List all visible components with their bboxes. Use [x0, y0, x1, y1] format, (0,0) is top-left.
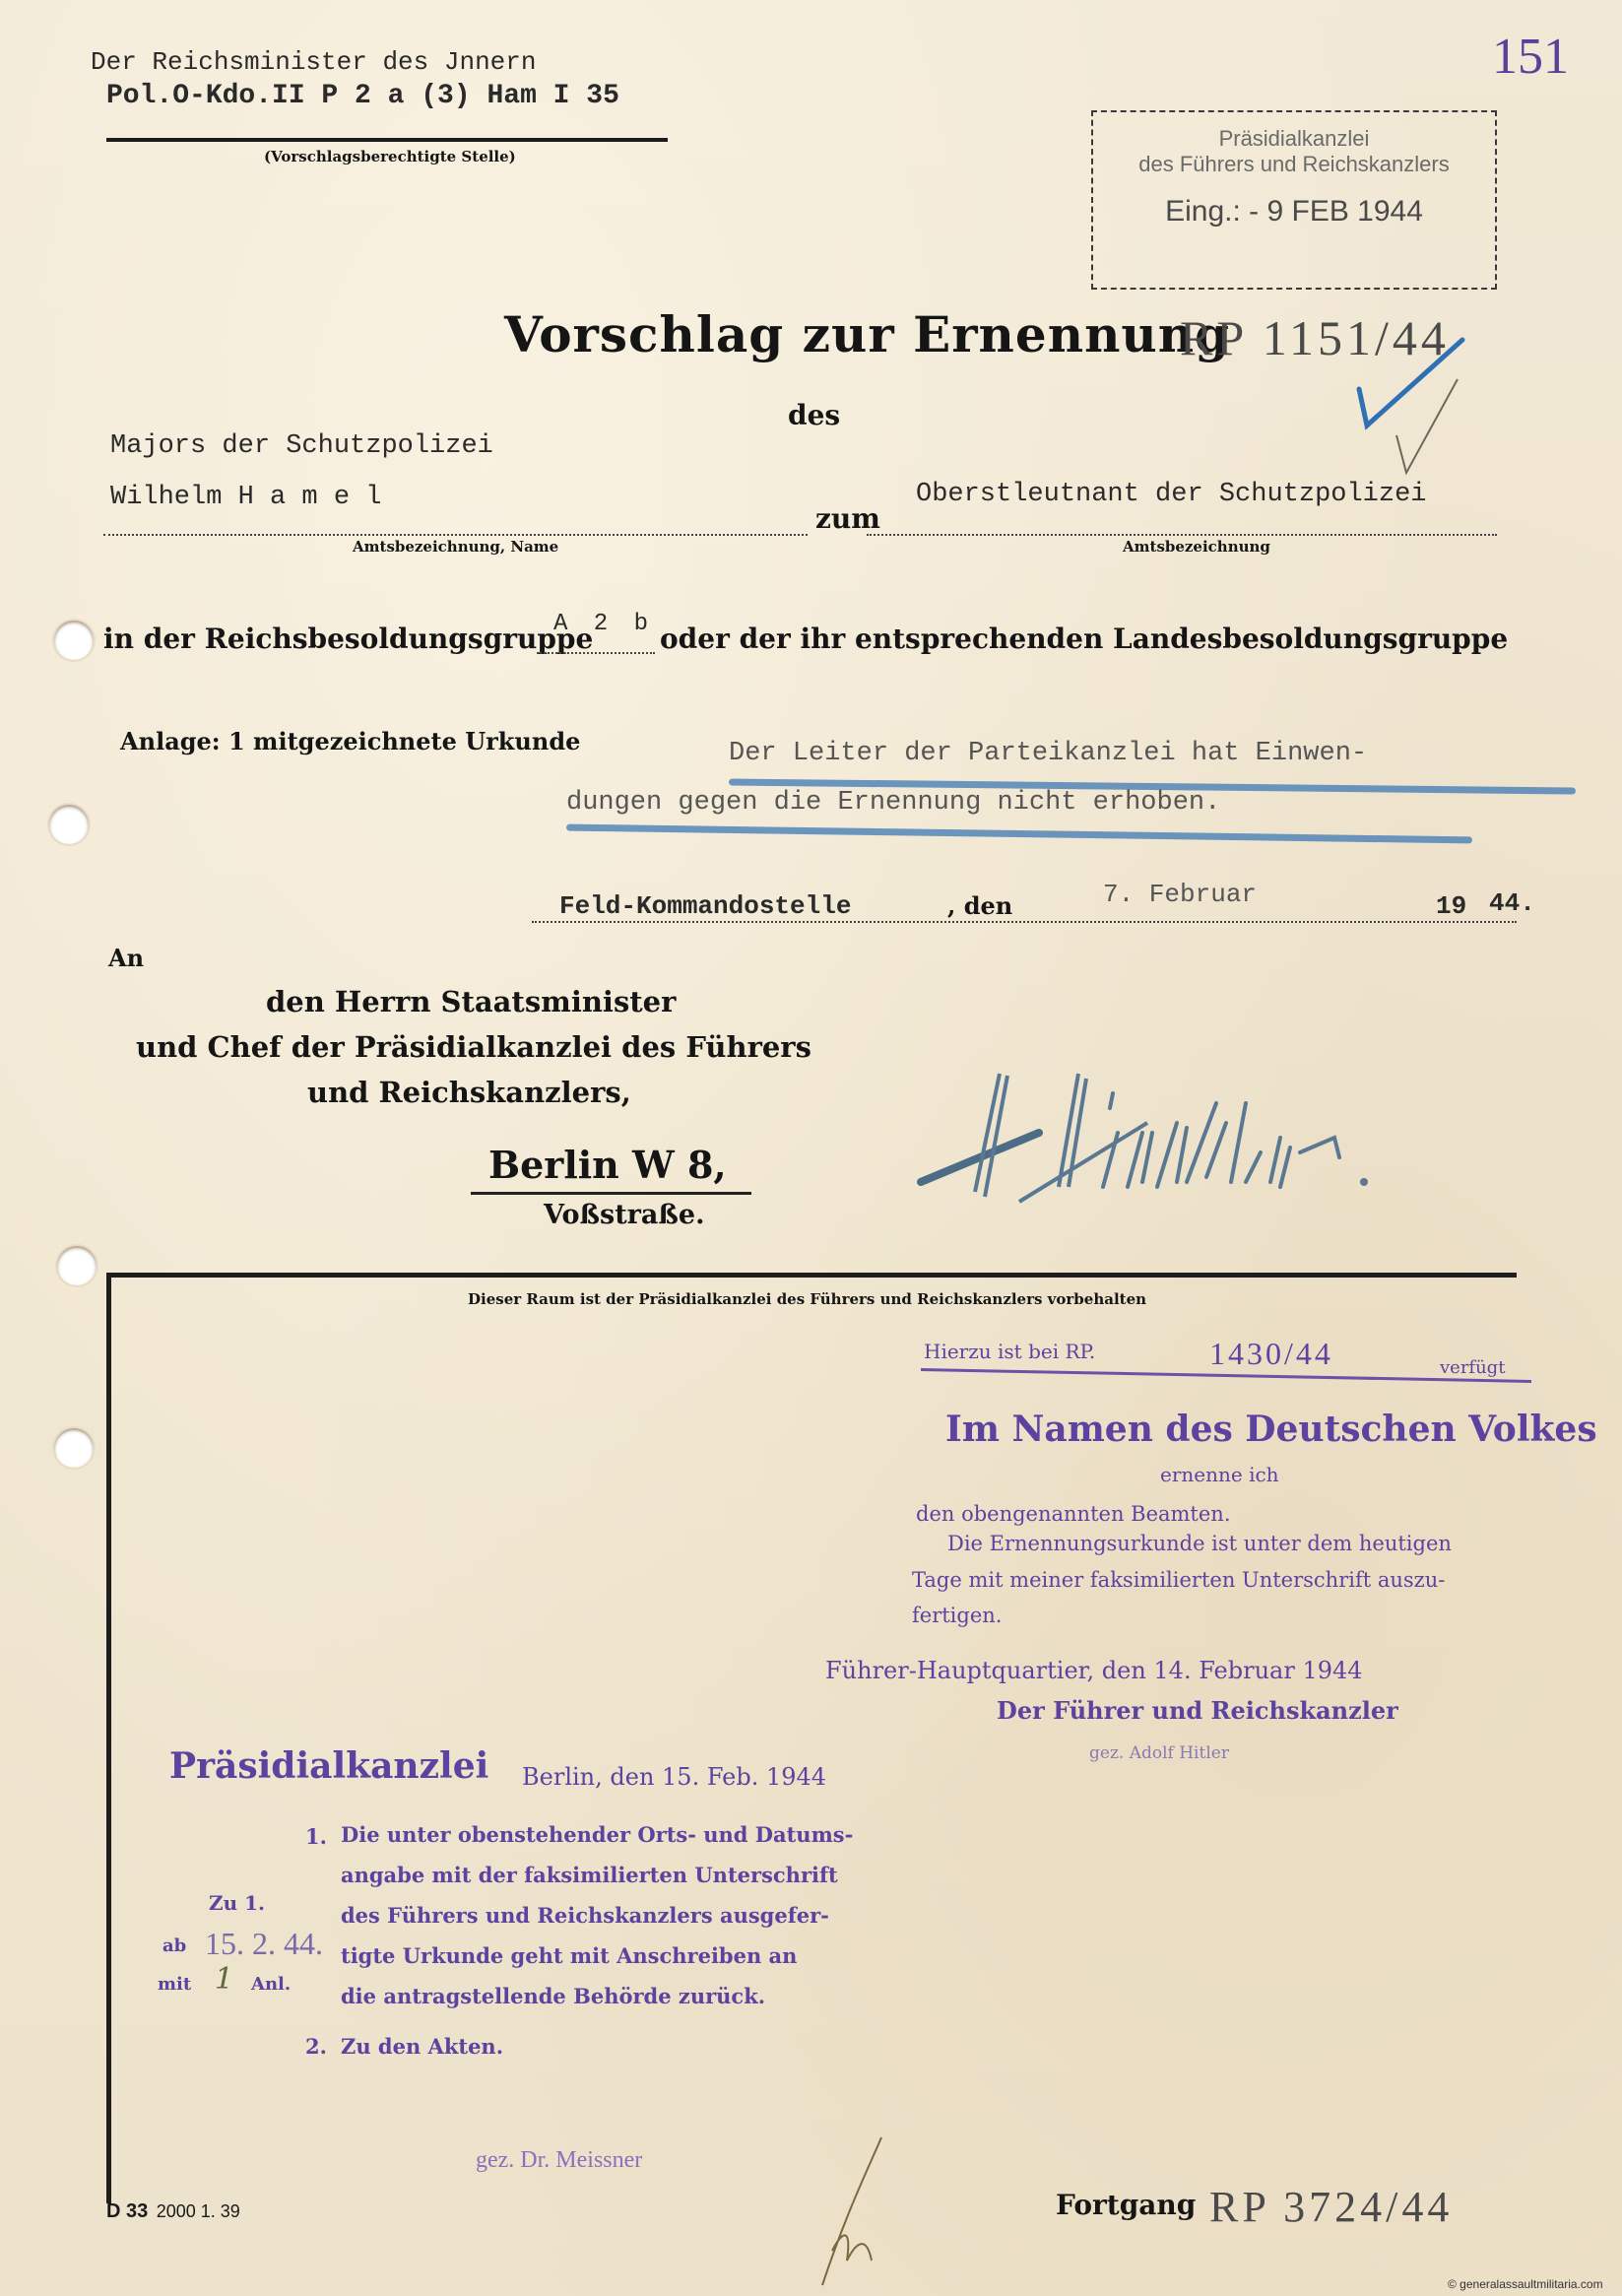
watermark: © generalassaultmilitaria.com: [1448, 2277, 1603, 2291]
label-name: Amtsbezeichnung, Name: [353, 538, 558, 556]
dispatch-ab-date: 15. 2. 44.: [205, 1926, 323, 1962]
sender-line1: Der Reichsminister des Jnnern: [91, 47, 536, 77]
officer-name: Wilhelm H a m e l: [110, 483, 381, 512]
instruction-item-2: 2. Zu den Akten.: [305, 2034, 876, 2059]
addressee-line2: und Chef der Präsidialkanzlei des Führer…: [136, 1030, 811, 1064]
addressee-city: Berlin W 8,: [488, 1143, 727, 1187]
signature-himmler: [891, 1064, 1502, 1225]
receipt-stamp: Präsidialkanzlei des Führers und Reichsk…: [1091, 110, 1497, 290]
an-label: An: [108, 944, 144, 972]
appointment-line3: Die Ernennungsurkunde ist unter dem heut…: [947, 1532, 1452, 1555]
zum-label: zum: [815, 502, 880, 535]
pay-group-prefix: in der Reichsbesoldungsgruppe: [103, 623, 593, 655]
instruction-line: angabe mit der faksimilierten Unterschri…: [341, 1855, 853, 1895]
instruction-line: die antragstellende Behörde zurück.: [341, 1976, 853, 2016]
office-name: Präsidialkanzlei: [169, 1745, 488, 1787]
signed-by: gez. Dr. Meissner: [476, 2147, 642, 2174]
instruction-line: Die unter obenstehender Orts- und Datums…: [341, 1814, 853, 1855]
dispatch-anl: Anl.: [251, 1974, 291, 1995]
pencil-check-icon: [1389, 374, 1467, 483]
year-prefix: 19: [1436, 891, 1466, 921]
new-rank: Oberstleutnant der Schutzpolizei: [916, 480, 1426, 509]
addressee-street: Voßstraße.: [544, 1200, 704, 1230]
ref-line-prefix: Hierzu ist bei RP.: [924, 1340, 1095, 1363]
rank-dotted-line: [867, 534, 1497, 536]
pay-group-dotted-line: [537, 652, 655, 654]
place: Feld-Kommandostelle: [559, 891, 851, 921]
receipt-stamp-line2: des Führers und Reichskanzlers: [1093, 152, 1495, 177]
sender-rule: [106, 138, 668, 142]
instruction-item-1: 1. Die unter obenstehender Orts- und Dat…: [305, 1824, 876, 2016]
pay-group-value: A 2 b: [553, 611, 654, 637]
den-label: , den: [947, 891, 1012, 920]
appointment-signer-name: gez. Adolf Hitler: [1089, 1743, 1229, 1763]
appointment-line1: ernenne ich: [1160, 1463, 1279, 1486]
punch-hole: [54, 1428, 94, 1468]
appointment-heading: Im Namen des Deutschen Volkes: [945, 1409, 1597, 1450]
appointment-line2: den obengenannten Beamten.: [916, 1502, 1231, 1526]
instruction-line: des Führers und Reichskanzlers ausgefer-: [341, 1895, 853, 1935]
ref-line-number: 1430/44: [1209, 1336, 1333, 1372]
receipt-stamp-date: Eing.: - 9 FEB 1944: [1093, 195, 1495, 229]
chancellery-header: Dieser Raum ist der Präsidialkanzlei des…: [468, 1290, 1146, 1308]
receipt-stamp-line1: Präsidialkanzlei: [1093, 126, 1495, 152]
addressee-line1: den Herrn Staatsminister: [266, 985, 676, 1018]
dispatch-mit-label: mit: [158, 1974, 191, 1995]
form-print-info: 2000 1. 39: [157, 2201, 240, 2221]
appointment-line5: fertigen.: [912, 1604, 1002, 1627]
chancellery-frame-top: [108, 1273, 1517, 1278]
punch-hole: [49, 805, 89, 844]
chancellery-frame-left: [106, 1273, 111, 2203]
party-note-line1: Der Leiter der Parteikanzlei hat Einwen-: [729, 739, 1367, 768]
punch-hole: [54, 621, 94, 660]
city-rule: [471, 1192, 751, 1195]
addressee-line3: und Reichskanzlers,: [307, 1076, 631, 1109]
instruction-line: Zu den Akten.: [341, 2034, 503, 2059]
page-title: Vorschlag zur Ernennung: [504, 305, 1230, 363]
form-code-label: D 33: [106, 2200, 148, 2222]
ref-line-suffix: verfügt: [1440, 1357, 1505, 1378]
party-note-line2: dungen gegen die Ernennung nicht erhoben…: [566, 788, 1220, 818]
label-rank: Amtsbezeichnung: [1123, 538, 1270, 556]
date-dotted-line: [532, 921, 1517, 923]
blue-underline: [566, 824, 1472, 844]
outgoing-label: Fortgang: [1056, 2189, 1196, 2221]
page-number: 151: [1492, 28, 1569, 86]
appointment-line4: Tage mit meiner faksimilierten Unterschr…: [912, 1568, 1445, 1592]
sender-caption: (Vorschlagsberechtigte Stelle): [264, 148, 516, 165]
initial-signature-icon: [788, 2132, 906, 2290]
dispatch-ab-label: ab: [162, 1935, 186, 1956]
appointment-place-date: Führer-Hauptquartier, den 14. Februar 19…: [825, 1657, 1363, 1684]
year-suffix: 44.: [1489, 888, 1535, 918]
dispatch-mit-count: 1: [215, 1962, 233, 1997]
outgoing-reference: RP 3724/44: [1209, 2182, 1453, 2232]
sender-line2: Pol.O-Kdo.II P 2 a (3) Ham I 35: [106, 81, 619, 111]
enclosure-note: Anlage: 1 mitgezeichnete Urkunde: [120, 727, 580, 755]
instruction-list: 1. Die unter obenstehender Orts- und Dat…: [305, 1824, 876, 2059]
des-label: des: [788, 399, 840, 431]
name-dotted-line: [103, 534, 808, 536]
instruction-line: tigte Urkunde geht mit Anschreiben an: [341, 1935, 853, 1976]
form-code: D 33 2000 1. 39: [106, 2200, 240, 2223]
instruction-number: 2.: [305, 2034, 341, 2059]
office-date: Berlin, den 15. Feb. 1944: [522, 1763, 826, 1791]
dispatch-zu: Zu 1.: [209, 1891, 265, 1915]
current-rank: Majors der Schutzpolizei: [110, 431, 493, 461]
punch-hole: [57, 1246, 97, 1285]
instruction-number: 1.: [305, 1824, 341, 2016]
signature-icon: [891, 1064, 1502, 1221]
date: 7. Februar: [1103, 880, 1257, 909]
pay-group-suffix: oder der ihr entsprechenden Landesbesold…: [660, 623, 1508, 655]
appointment-signer-title: Der Führer und Reichskanzler: [997, 1696, 1398, 1725]
